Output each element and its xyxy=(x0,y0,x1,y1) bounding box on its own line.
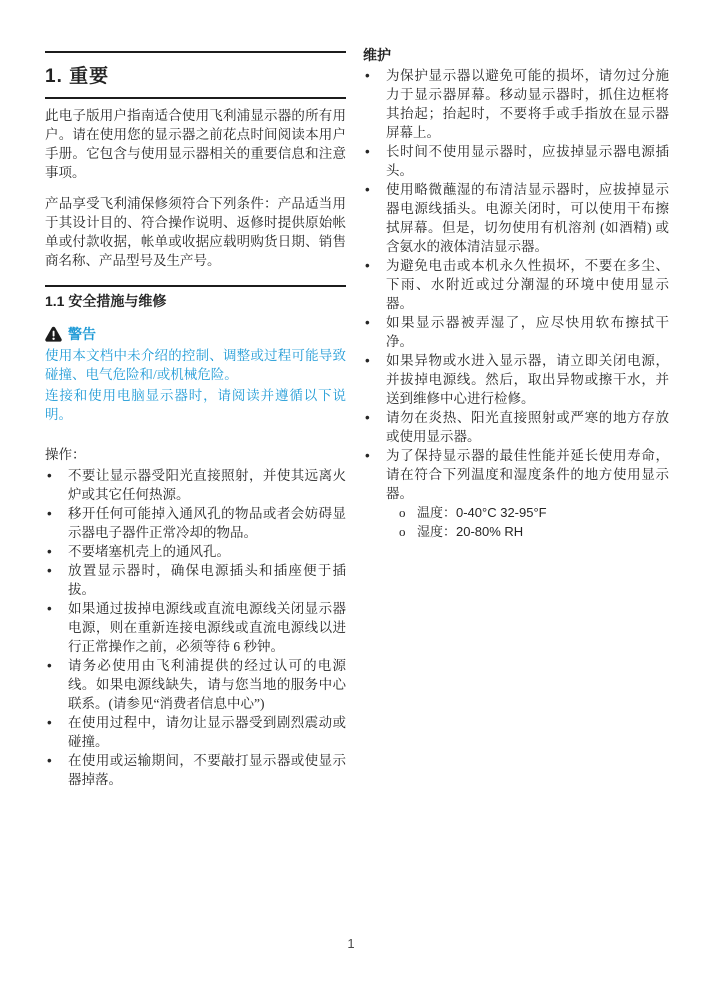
operation-heading: 操作： xyxy=(45,445,346,464)
bullet-icon: • xyxy=(47,542,52,561)
operation-list: •不要让显示器受阳光直接照射，并使其远离火炉或其它任何热源。 •移开任何可能掉入… xyxy=(45,466,346,789)
list-item: •使用略微蘸湿的布清洁显示器时，应拔掉显示器电源线插头。电源关闭时，可以使用干布… xyxy=(363,180,669,256)
list-item-text: 请勿在炎热、阳光直接照射或严寒的地方存放或使用显示器。 xyxy=(386,410,669,444)
left-column: 1. 重要 此电子版用户指南适合使用飞利浦显示器的所有用户。请在使用您的显示器之… xyxy=(45,0,346,789)
bullet-icon: • xyxy=(47,466,52,485)
list-item: •移开任何可能掉入通风孔的物品或者会妨碍显示器电子器件正常冷却的物品。 xyxy=(45,504,346,542)
condition-item: o温度：0-40°C 32-95°F xyxy=(399,503,669,522)
bullet-icon: • xyxy=(365,446,370,465)
bullet-icon: • xyxy=(47,599,52,618)
bullet-icon: • xyxy=(47,713,52,732)
bullet-icon: • xyxy=(365,66,370,85)
list-item: •如果显示器被弄湿了，应尽快用软布擦拭干净。 xyxy=(363,313,669,351)
list-item: •如果异物或水进入显示器，请立即关闭电源，并拔掉电源线。然后，取出异物或擦干水，… xyxy=(363,351,669,408)
list-item: •不要让显示器受阳光直接照射，并使其远离火炉或其它任何热源。 xyxy=(45,466,346,504)
warning-text: 连接和使用电脑显示器时，请阅读并遵循以下说明。 xyxy=(45,386,346,424)
condition-text: 湿度：20-80% RH xyxy=(417,524,523,539)
list-item: •不要堵塞机壳上的通风孔。 xyxy=(45,542,346,561)
list-item-text: 如果异物或水进入显示器，请立即关闭电源，并拔掉电源线。然后，取出异物或擦干水，并… xyxy=(386,353,669,406)
list-item-text: 在使用过程中，请勿让显示器受到剧烈震动或碰撞。 xyxy=(68,715,346,749)
maintenance-list: •为保护显示器以避免可能的损坏，请勿过分施力于显示器屏幕。移动显示器时，抓住边框… xyxy=(363,66,669,541)
list-item-text: 不要让显示器受阳光直接照射，并使其远离火炉或其它任何热源。 xyxy=(68,468,346,502)
list-item: •如果通过拔掉电源线或直流电源线关闭显示器电源，则在重新连接电源线或直流电源线以… xyxy=(45,599,346,656)
warning-triangle-icon xyxy=(45,326,62,342)
list-item: •为了保持显示器的最佳性能并延长使用寿命，请在符合下列温度和湿度条件的地方使用显… xyxy=(363,446,669,541)
list-item: •请勿在炎热、阳光直接照射或严寒的地方存放或使用显示器。 xyxy=(363,408,669,446)
list-item: •在使用或运输期间，不要敲打显示器或使显示器掉落。 xyxy=(45,751,346,789)
divider xyxy=(45,285,346,287)
circle-bullet-icon: o xyxy=(399,522,406,541)
chapter-title: 1. 重要 xyxy=(45,61,346,88)
conditions-list: o温度：0-40°C 32-95°F o湿度：20-80% RH xyxy=(386,503,669,541)
list-item-text: 移开任何可能掉入通风孔的物品或者会妨碍显示器电子器件正常冷却的物品。 xyxy=(68,506,346,540)
condition-item: o湿度：20-80% RH xyxy=(399,522,669,541)
divider xyxy=(45,51,346,53)
circle-bullet-icon: o xyxy=(399,503,406,522)
list-item-text: 使用略微蘸湿的布清洁显示器时，应拔掉显示器电源线插头。电源关闭时，可以使用干布擦… xyxy=(386,182,669,254)
list-item: •放置显示器时，确保电源插头和插座便于插拔。 xyxy=(45,561,346,599)
warning-text: 使用本文档中未介绍的控制、调整或过程可能导致碰撞、电气危险和/或机械危险。 xyxy=(45,346,346,384)
page-number: 1 xyxy=(0,936,702,951)
list-item: •为避免电击或本机永久性损坏，不要在多尘、下雨、水附近或过分潮湿的环境中使用显示… xyxy=(363,256,669,313)
list-item-text: 长时间不使用显示器时，应拔掉显示器电源插头。 xyxy=(386,144,669,178)
bullet-icon: • xyxy=(365,142,370,161)
list-item-text: 为保护显示器以避免可能的损坏，请勿过分施力于显示器屏幕。移动显示器时，抓住边框将… xyxy=(386,68,669,140)
list-item-text: 为了保持显示器的最佳性能并延长使用寿命，请在符合下列温度和湿度条件的地方使用显示… xyxy=(386,448,669,501)
bullet-icon: • xyxy=(365,180,370,199)
list-item: •长时间不使用显示器时，应拔掉显示器电源插头。 xyxy=(363,142,669,180)
intro-paragraph: 此电子版用户指南适合使用飞利浦显示器的所有用户。请在使用您的显示器之前花点时间阅… xyxy=(45,106,346,182)
list-item-text: 请务必使用由飞利浦提供的经过认可的电源线。如果电源线缺失，请与您当地的服务中心联… xyxy=(68,658,346,711)
section-title: 1.1 安全措施与维修 xyxy=(45,292,346,311)
warning-header: 警告 xyxy=(45,324,346,344)
bullet-icon: • xyxy=(365,408,370,427)
list-item: •为保护显示器以避免可能的损坏，请勿过分施力于显示器屏幕。移动显示器时，抓住边框… xyxy=(363,66,669,142)
bullet-icon: • xyxy=(47,561,52,580)
bullet-icon: • xyxy=(365,256,370,275)
warning-label: 警告 xyxy=(68,324,96,344)
list-item: •请务必使用由飞利浦提供的经过认可的电源线。如果电源线缺失，请与您当地的服务中心… xyxy=(45,656,346,713)
condition-text: 温度：0-40°C 32-95°F xyxy=(417,505,547,520)
intro-paragraph: 产品享受飞利浦保修须符合下列条件：产品适当用于其设计目的、符合操作说明、返修时提… xyxy=(45,194,346,270)
bullet-icon: • xyxy=(365,351,370,370)
bullet-icon: • xyxy=(365,313,370,332)
right-column: 维护 •为保护显示器以避免可能的损坏，请勿过分施力于显示器屏幕。移动显示器时，抓… xyxy=(363,0,669,541)
divider xyxy=(45,97,346,99)
list-item-text: 如果通过拔掉电源线或直流电源线关闭显示器电源，则在重新连接电源线或直流电源线以进… xyxy=(68,601,346,654)
list-item-text: 如果显示器被弄湿了，应尽快用软布擦拭干净。 xyxy=(386,315,669,349)
list-item-text: 不要堵塞机壳上的通风孔。 xyxy=(68,544,230,559)
list-item: •在使用过程中，请勿让显示器受到剧烈震动或碰撞。 xyxy=(45,713,346,751)
list-item-text: 放置显示器时，确保电源插头和插座便于插拔。 xyxy=(68,563,346,597)
warning-block: 警告 使用本文档中未介绍的控制、调整或过程可能导致碰撞、电气危险和/或机械危险。… xyxy=(45,324,346,424)
maintenance-heading: 维护 xyxy=(363,46,669,65)
list-item-text: 在使用或运输期间，不要敲打显示器或使显示器掉落。 xyxy=(68,753,346,787)
manual-page: 1. 重要 此电子版用户指南适合使用飞利浦显示器的所有用户。请在使用您的显示器之… xyxy=(0,0,702,993)
bullet-icon: • xyxy=(47,504,52,523)
list-item-text: 为避免电击或本机永久性损坏，不要在多尘、下雨、水附近或过分潮湿的环境中使用显示器… xyxy=(386,258,669,311)
bullet-icon: • xyxy=(47,751,52,770)
bullet-icon: • xyxy=(47,656,52,675)
